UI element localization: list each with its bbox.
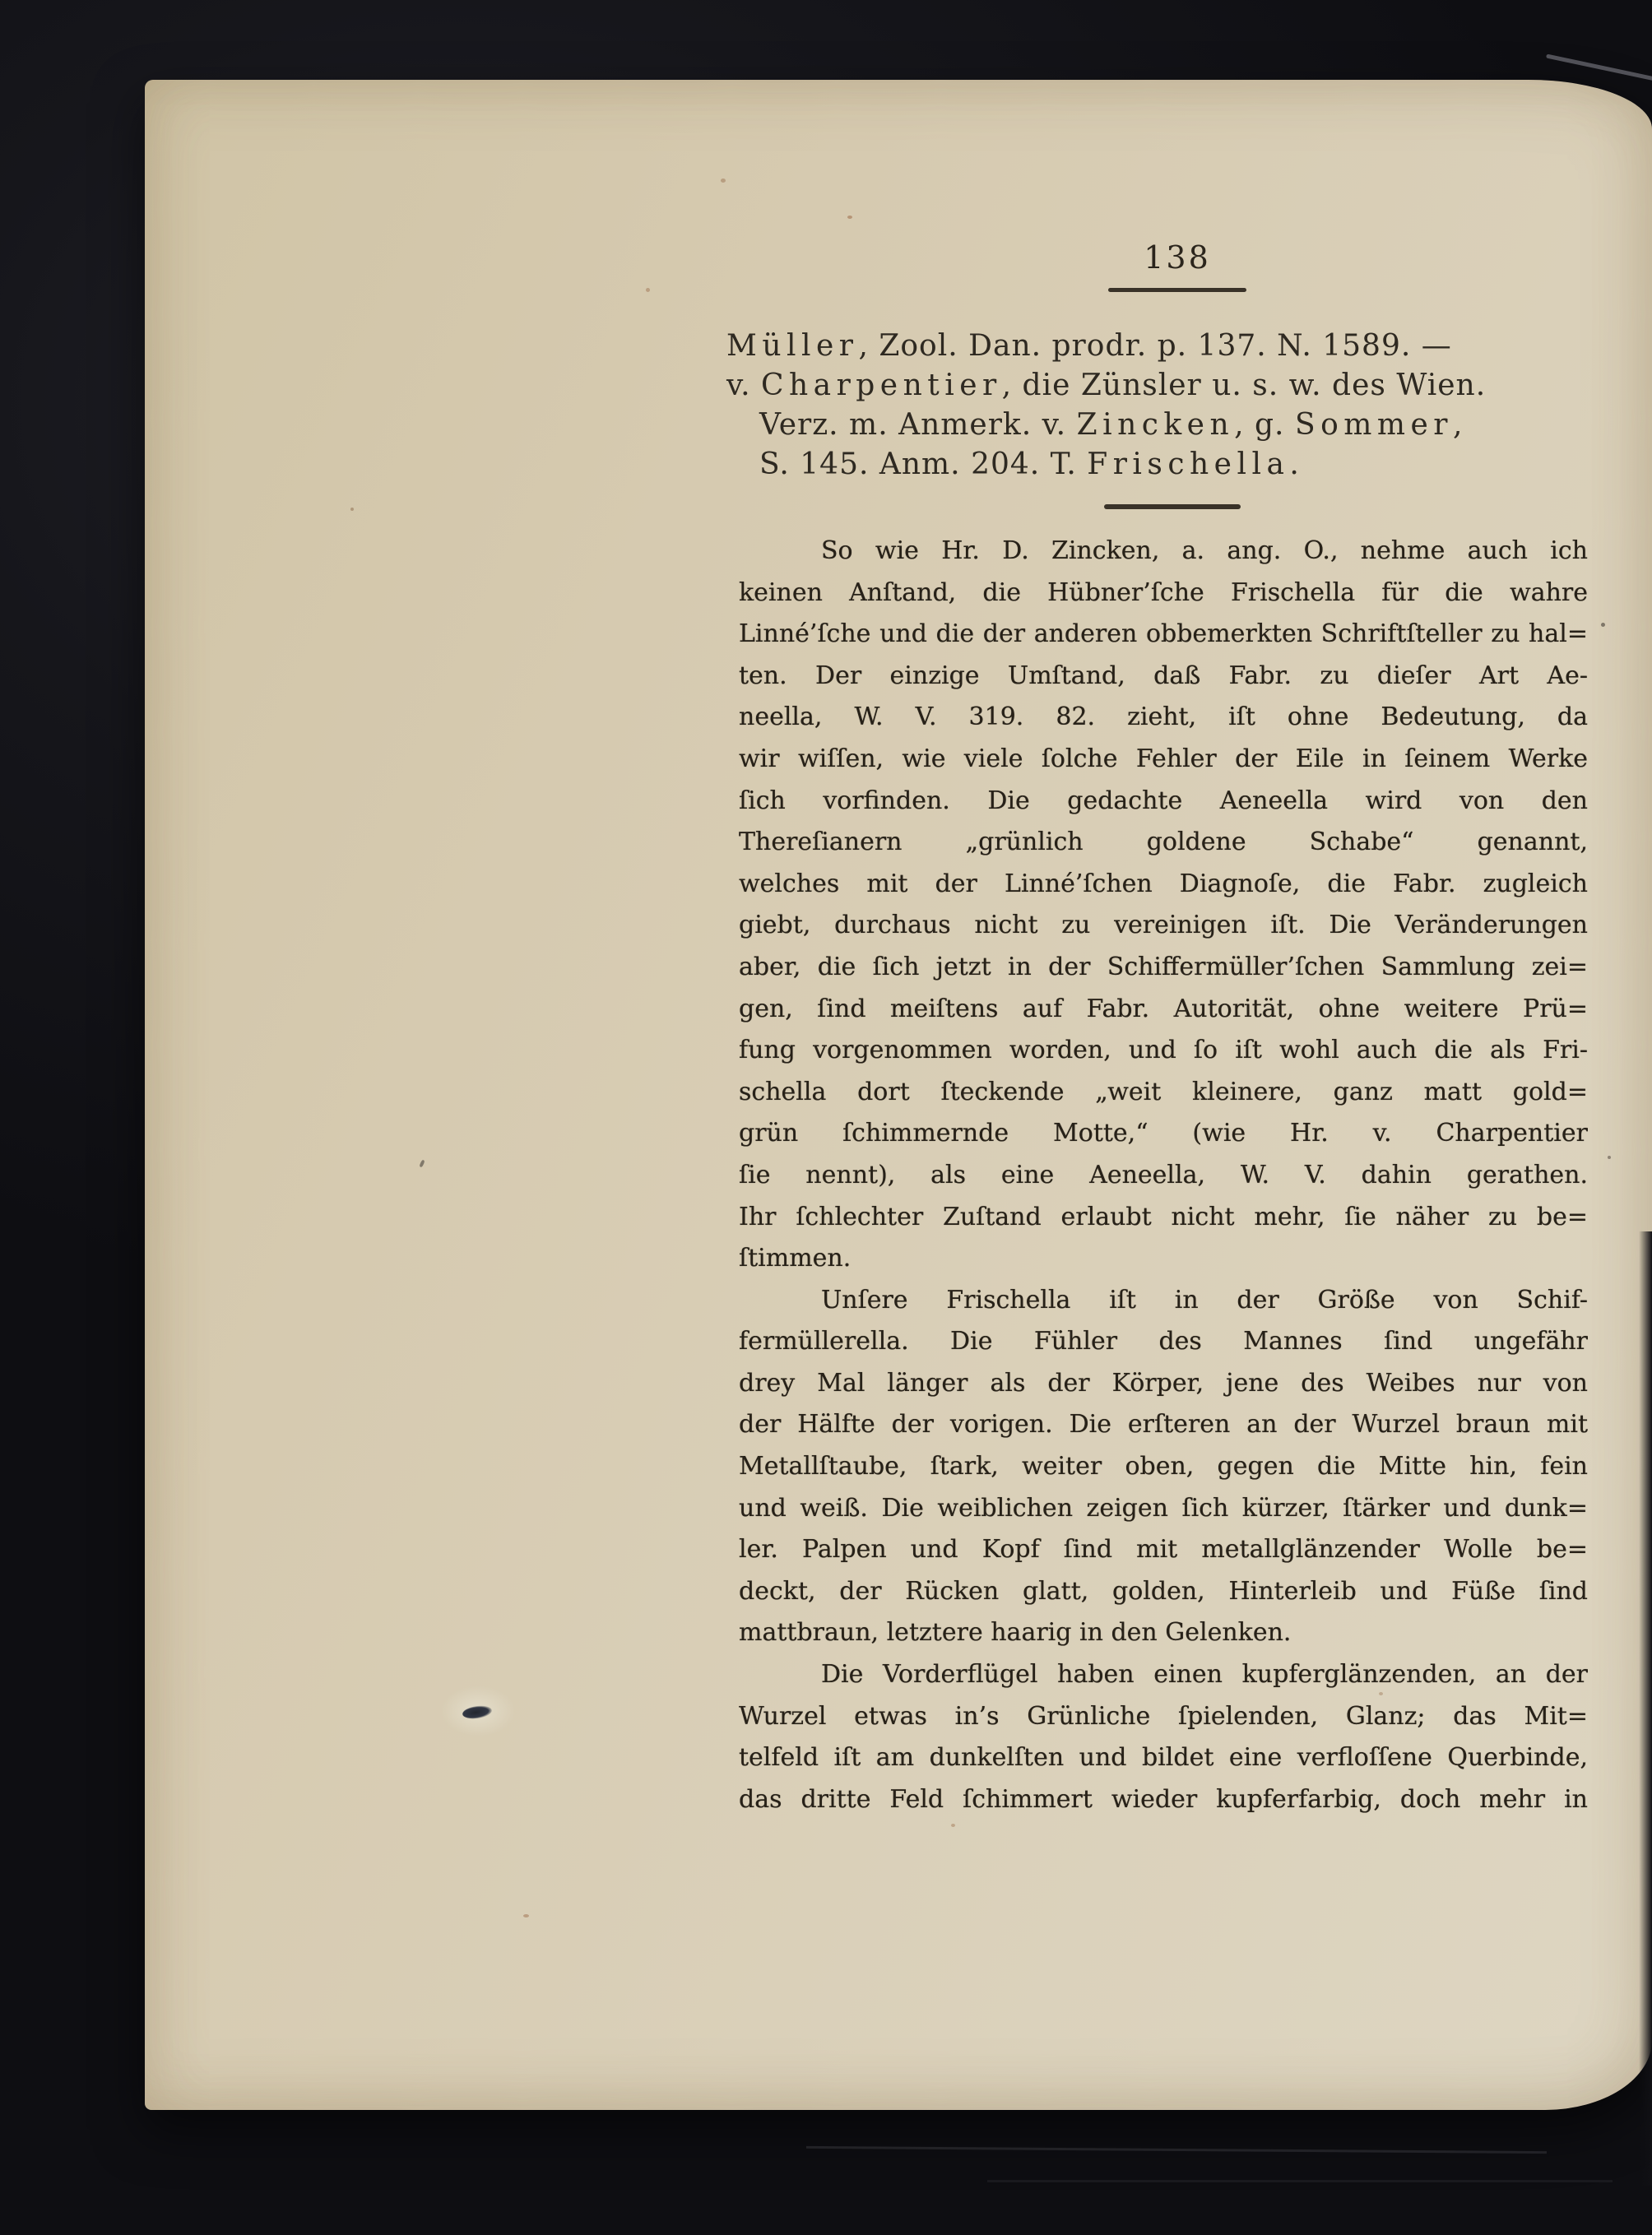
body-text-line: Unſere Frischella iſt in der Größe von S… xyxy=(739,1280,1588,1322)
paper-speck xyxy=(419,1160,425,1168)
body-text-line: Metallſtaube, ſtark, weiter oben, gegen … xyxy=(739,1446,1588,1488)
citation-text: , xyxy=(1453,408,1463,442)
body-text-line: Linné’ſche und die der anderen obbemerkt… xyxy=(739,614,1588,656)
body-text-line: ſie nennt), als eine Aeneella, W. V. dah… xyxy=(739,1155,1588,1197)
body-text-line: Ihr ſchlechter Zuſtand erlaubt nicht meh… xyxy=(739,1197,1588,1239)
scan-canvas: 138 Müller, Zool. Dan. prodr. p. 137. N.… xyxy=(0,0,1652,2235)
body-text-line: fung vorgenommen worden, und ſo iſt wohl… xyxy=(739,1030,1588,1072)
body-text-line: ler. Palpen und Kopf ſind mit metallglän… xyxy=(739,1529,1588,1571)
body-text-line: welches mit der Linné’ſchen Diagnoſe, di… xyxy=(739,864,1588,906)
body-text-line: gen, ſind meiſtens auf Fabr. Autorität, … xyxy=(739,989,1588,1031)
body-text-line: der Hälfte der vorigen. Die erſteren an … xyxy=(739,1404,1588,1446)
spaced-name: Müller xyxy=(726,329,858,363)
spaced-name: Zincken xyxy=(1077,408,1235,442)
body-text-line: mattbraun, letztere haarig in den Gelenk… xyxy=(739,1612,1588,1654)
spaced-name: Frischella xyxy=(1087,447,1289,481)
citation-text: Verz. m. Anmerk. v. xyxy=(759,408,1077,442)
body-text-line: drey Mal länger als der Körper, jene des… xyxy=(739,1363,1588,1405)
citation-line: S. 145. Anm. 204. T. Frischella. xyxy=(726,445,1486,485)
paper-speck xyxy=(951,1824,955,1827)
page-number-rule xyxy=(1108,288,1246,292)
body-text-line: So wie Hr. D. Zincken, a. ang. O., nehme… xyxy=(739,531,1588,573)
body-text-line: keinen Anſtand, die Hübner’ſche Frischel… xyxy=(739,573,1588,614)
paper-speck xyxy=(721,179,726,183)
citation-line: Müller, Zool. Dan. prodr. p. 137. N. 158… xyxy=(726,327,1486,366)
body-text-line: Die Vorderflügel haben einen kupferglänz… xyxy=(739,1654,1588,1696)
paper-speck xyxy=(350,508,354,511)
body-text-line: deckt, der Rücken glatt, golden, Hinterl… xyxy=(739,1571,1588,1613)
paper-speck xyxy=(1601,623,1605,627)
body-text-line: ſich vorfinden. Die gedachte Aeneella wi… xyxy=(739,781,1588,823)
body-text-line: das dritte Feld ſchimmert wieder kupferf… xyxy=(739,1779,1588,1821)
citation-text: . xyxy=(1289,447,1299,481)
paper-speck xyxy=(1379,1692,1383,1695)
body-text-line: giebt, durchaus nicht zu vereinigen iſt.… xyxy=(739,905,1588,947)
body-text-line: aber, die ſich jetzt in der Schiffermüll… xyxy=(739,947,1588,989)
paper-speck xyxy=(1608,1156,1611,1159)
citation-text: , g. xyxy=(1234,408,1295,442)
citation-line: Verz. m. Anmerk. v. Zincken, g. Sommer, xyxy=(726,406,1486,445)
citation-text: , die Zünsler u. s. w. des Wien. xyxy=(1002,369,1486,402)
citation-block: Müller, Zool. Dan. prodr. p. 137. N. 158… xyxy=(726,327,1486,485)
body-text-line: ſtimmen. xyxy=(739,1238,1588,1280)
body-text-line: telfeld iſt am dunkelſten und bildet ein… xyxy=(739,1737,1588,1779)
citation-rule xyxy=(1104,504,1241,509)
citation-text: S. 145. Anm. 204. T. xyxy=(759,447,1087,481)
page-edge-streak xyxy=(987,2180,1613,2182)
page-edge-shadow xyxy=(1639,1231,1652,2186)
citation-text: v. xyxy=(726,369,761,402)
page-edge-highlight xyxy=(1546,54,1652,82)
spaced-name: Sommer xyxy=(1295,408,1453,442)
page-number: 138 xyxy=(1108,239,1246,276)
body-text-line: wir wiſſen, wie viele ſolche Fehler der … xyxy=(739,739,1588,781)
body-text-line: neella, W. V. 319. 82. zieht, iſt ohne B… xyxy=(739,697,1588,739)
body-text-line: und weiß. Die weiblichen zeigen ſich kür… xyxy=(739,1488,1588,1530)
book-page: 138 Müller, Zool. Dan. prodr. p. 137. N.… xyxy=(145,80,1652,2110)
paper-speck xyxy=(646,288,650,292)
page-edge-streak xyxy=(806,2146,1547,2154)
citation-text: , Zool. Dan. prodr. p. 137. N. 1589. — xyxy=(858,329,1451,363)
body-text-block: So wie Hr. D. Zincken, a. ang. O., nehme… xyxy=(739,531,1588,1820)
citation-line: v. Charpentier, die Zünsler u. s. w. des… xyxy=(726,366,1486,406)
body-text-line: ten. Der einzige Umſtand, daß Fabr. zu d… xyxy=(739,656,1588,698)
body-text-line: Thereſianern „grünlich goldene Schabe“ g… xyxy=(739,822,1588,864)
body-text-line: fermüllerella. Die Fühler des Mannes ſin… xyxy=(739,1321,1588,1363)
spaced-name: Charpentier xyxy=(761,369,1002,402)
body-text-line: schella dort ſteckende „weit kleinere, g… xyxy=(739,1072,1588,1114)
body-text-line: Wurzel etwas in’s Grünliche ſpielenden, … xyxy=(739,1696,1588,1738)
paper-speck xyxy=(847,216,852,219)
paper-speck xyxy=(523,1914,529,1917)
body-text-line: grün ſchimmernde Motte,“ (wie Hr. v. Cha… xyxy=(739,1113,1588,1155)
